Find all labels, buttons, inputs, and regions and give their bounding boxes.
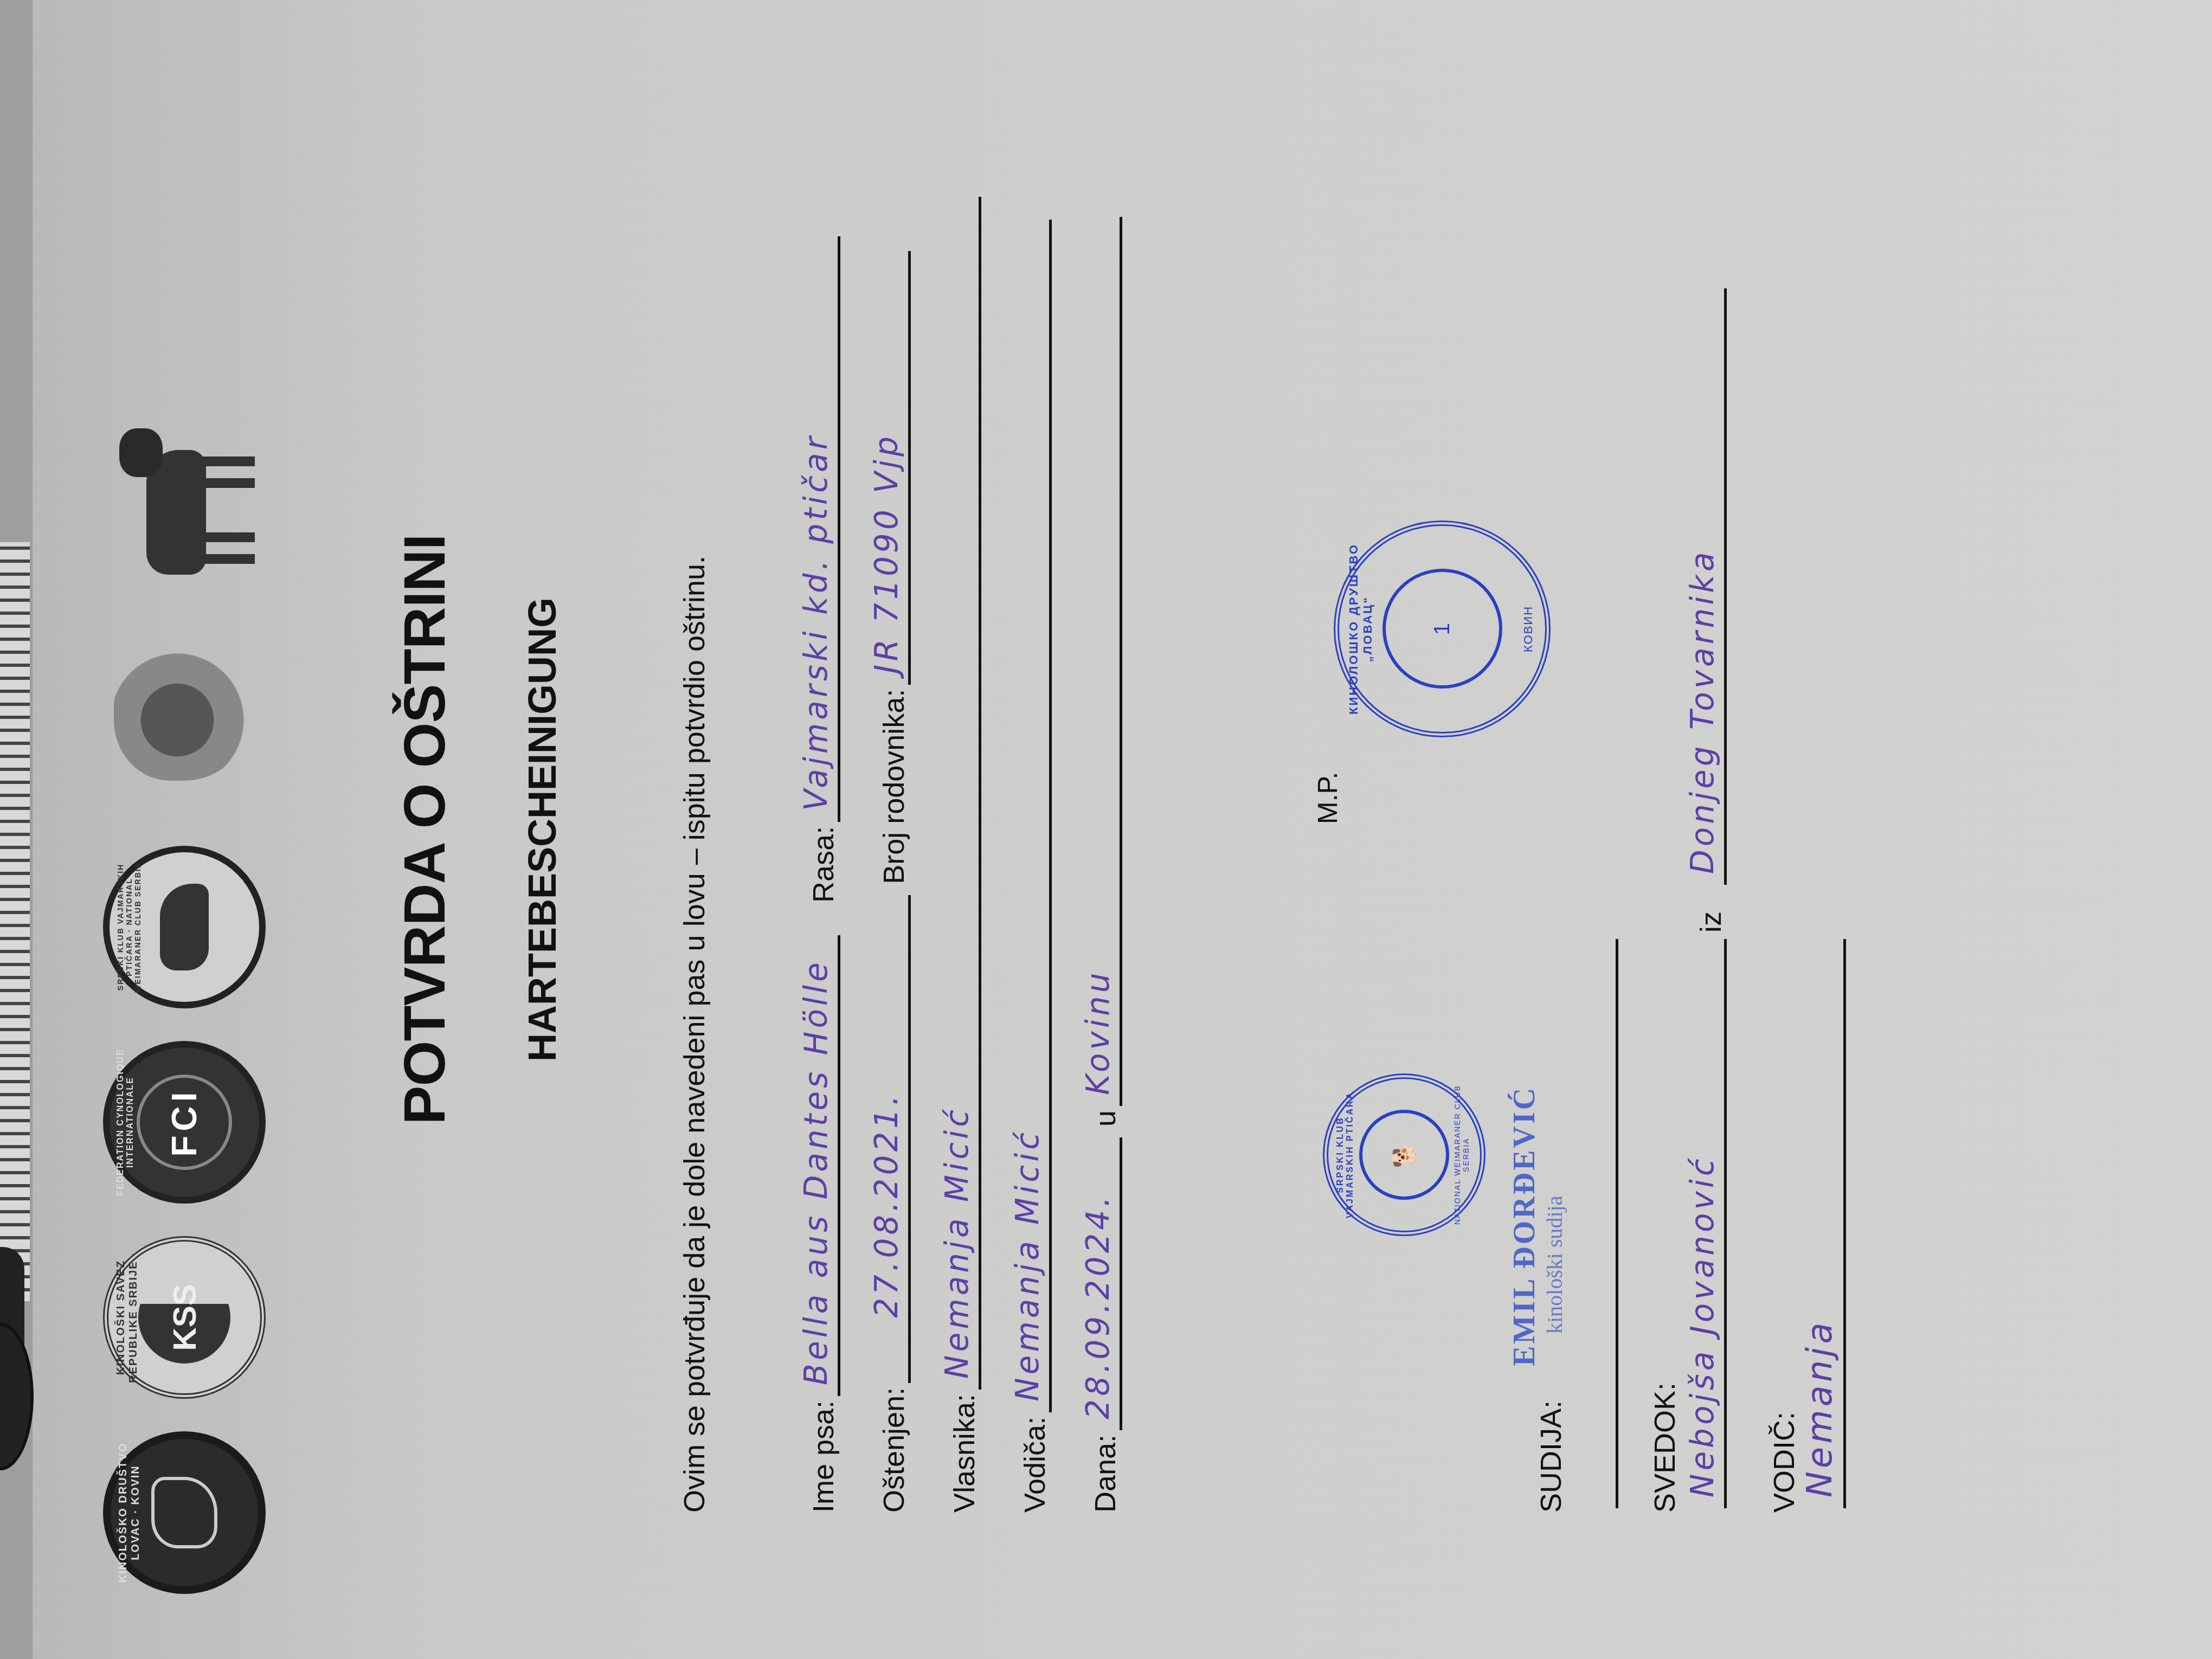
- logo-kss: KINOLOŠKI SAVEZ REPUBLIKE SRBIJE · 1925 …: [103, 1236, 266, 1399]
- row-dog-breed: Ime psa: Bella aus Dantes Hölle Rasa: Va…: [792, 236, 840, 1513]
- map-icon: [151, 1477, 217, 1548]
- dog-name-value: Bella aus Dantes Hölle: [798, 959, 834, 1385]
- handler-field[interactable]: Nemanja Micić: [1006, 220, 1052, 1412]
- place-label: u: [1089, 1110, 1122, 1127]
- pedigree-field[interactable]: JR 71090 Vjp: [865, 251, 911, 685]
- dog-map-icon: 🐕: [1359, 1110, 1449, 1200]
- globe-icon: [137, 1075, 232, 1170]
- document-title: POTVRDA O OŠTRINI: [390, 0, 458, 1659]
- breed-field[interactable]: Vajmarski kd. ptičar: [794, 236, 840, 822]
- handler-signature-line[interactable]: Nemanja: [1800, 939, 1846, 1508]
- intro-text: Ovim se potvrđuje da je dole navedeni pa…: [678, 556, 711, 1513]
- owner-field[interactable]: Nemanja Micić: [935, 197, 981, 1390]
- logo-row: KINOLOŠKO DRUŠTVO LOVAC · KOVIN KINOLOŠK…: [103, 417, 266, 1594]
- pedigree-value: JR 71090 Vjp: [868, 433, 905, 673]
- date-label: Dana:: [1089, 1435, 1122, 1513]
- certificate-page: KINOLOŠKO DRUŠTVO LOVAC · KOVIN KINOLOŠK…: [0, 0, 2212, 1659]
- mp-label: M.P.: [1312, 772, 1343, 824]
- owner-label: Vlasnika:: [948, 1394, 981, 1513]
- judge-label: SUDIJA:: [1534, 1400, 1568, 1513]
- row-date-place: Dana: 28.09.2024. u Kovinu: [1073, 217, 1122, 1513]
- witness-field[interactable]: Nebojša Jovanović: [1681, 939, 1727, 1508]
- owner-value: Nemanja Micić: [938, 1107, 975, 1379]
- dog-name-field[interactable]: Bella aus Dantes Hölle: [794, 935, 840, 1396]
- breed-value: Vajmarski kd. ptičar: [798, 434, 834, 811]
- witness-from-field[interactable]: Donjeg Tovarnika: [1681, 288, 1727, 885]
- society-stamp: КИНОЛОШКО ДРУШТВО „ЛОВАЦ“ 1 КОВИН: [1334, 520, 1551, 737]
- logo-kd-lovac-kovin: KINOLOŠKO DRUŠTVO LOVAC · KOVIN: [103, 1431, 266, 1594]
- date-value: 28.09.2024.: [1079, 1193, 1116, 1419]
- document-subtitle: HARTEBESCHEINIGUNG: [520, 0, 565, 1659]
- dog-silhouette-icon: [160, 884, 209, 970]
- witness-label: SVEDOK:: [1648, 1382, 1682, 1513]
- handler-signature: Nemanja: [1800, 1320, 1840, 1497]
- dog-with-bird-illustration: [108, 417, 260, 596]
- logo-fci: FEDERATION CYNOLOGIQUE INTERNATIONALE FC…: [103, 1041, 266, 1204]
- handler-label: Vodiča:: [1018, 1417, 1052, 1513]
- handler-value: Nemanja Micić: [1009, 1129, 1046, 1401]
- dog-head-icon: 1: [1382, 569, 1502, 689]
- whelped-label: Oštenjen:: [877, 1387, 911, 1513]
- club-stamp: SRPSKI KLUB VAJMARSKIH PTIČARA 🐕 NATIONA…: [1323, 1073, 1486, 1236]
- dog-name-label: Ime psa:: [807, 1400, 840, 1513]
- witness-value: Nebojša Jovanović: [1684, 1155, 1721, 1497]
- place-field[interactable]: Kovinu: [1076, 217, 1122, 1106]
- handler-sign-label: VODIČ:: [1767, 1412, 1801, 1513]
- whelped-field[interactable]: 27.08.2021.: [865, 895, 911, 1383]
- dog-portraits-illustration: [114, 629, 255, 781]
- logo-weimaraner-club: SRPSKI KLUB VAJMARSKIH PTIČARA · NATIONA…: [103, 846, 266, 1008]
- whelped-value: 27.08.2021.: [868, 1092, 905, 1318]
- witness-from-label: iz: [1694, 911, 1728, 933]
- judge-stamp: EMIL ĐORĐEVIĆ kinološki sudija: [1507, 1086, 1567, 1366]
- row-whelped-pedigree: Oštenjen: 27.08.2021. Broj rodovnika: JR…: [862, 251, 911, 1513]
- judge-signature-line[interactable]: [1572, 939, 1618, 1508]
- witness-from-value: Donjeg Tovarnika: [1684, 549, 1721, 874]
- row-handler: Vodiča: Nemanja Micić: [1003, 220, 1052, 1513]
- breed-label: Rasa:: [807, 826, 840, 903]
- row-owner: Vlasnika: Nemanja Micić: [933, 197, 981, 1513]
- date-field[interactable]: 28.09.2024.: [1076, 1137, 1122, 1430]
- place-value: Kovinu: [1079, 969, 1116, 1095]
- pedigree-label: Broj rodovnika:: [877, 689, 911, 884]
